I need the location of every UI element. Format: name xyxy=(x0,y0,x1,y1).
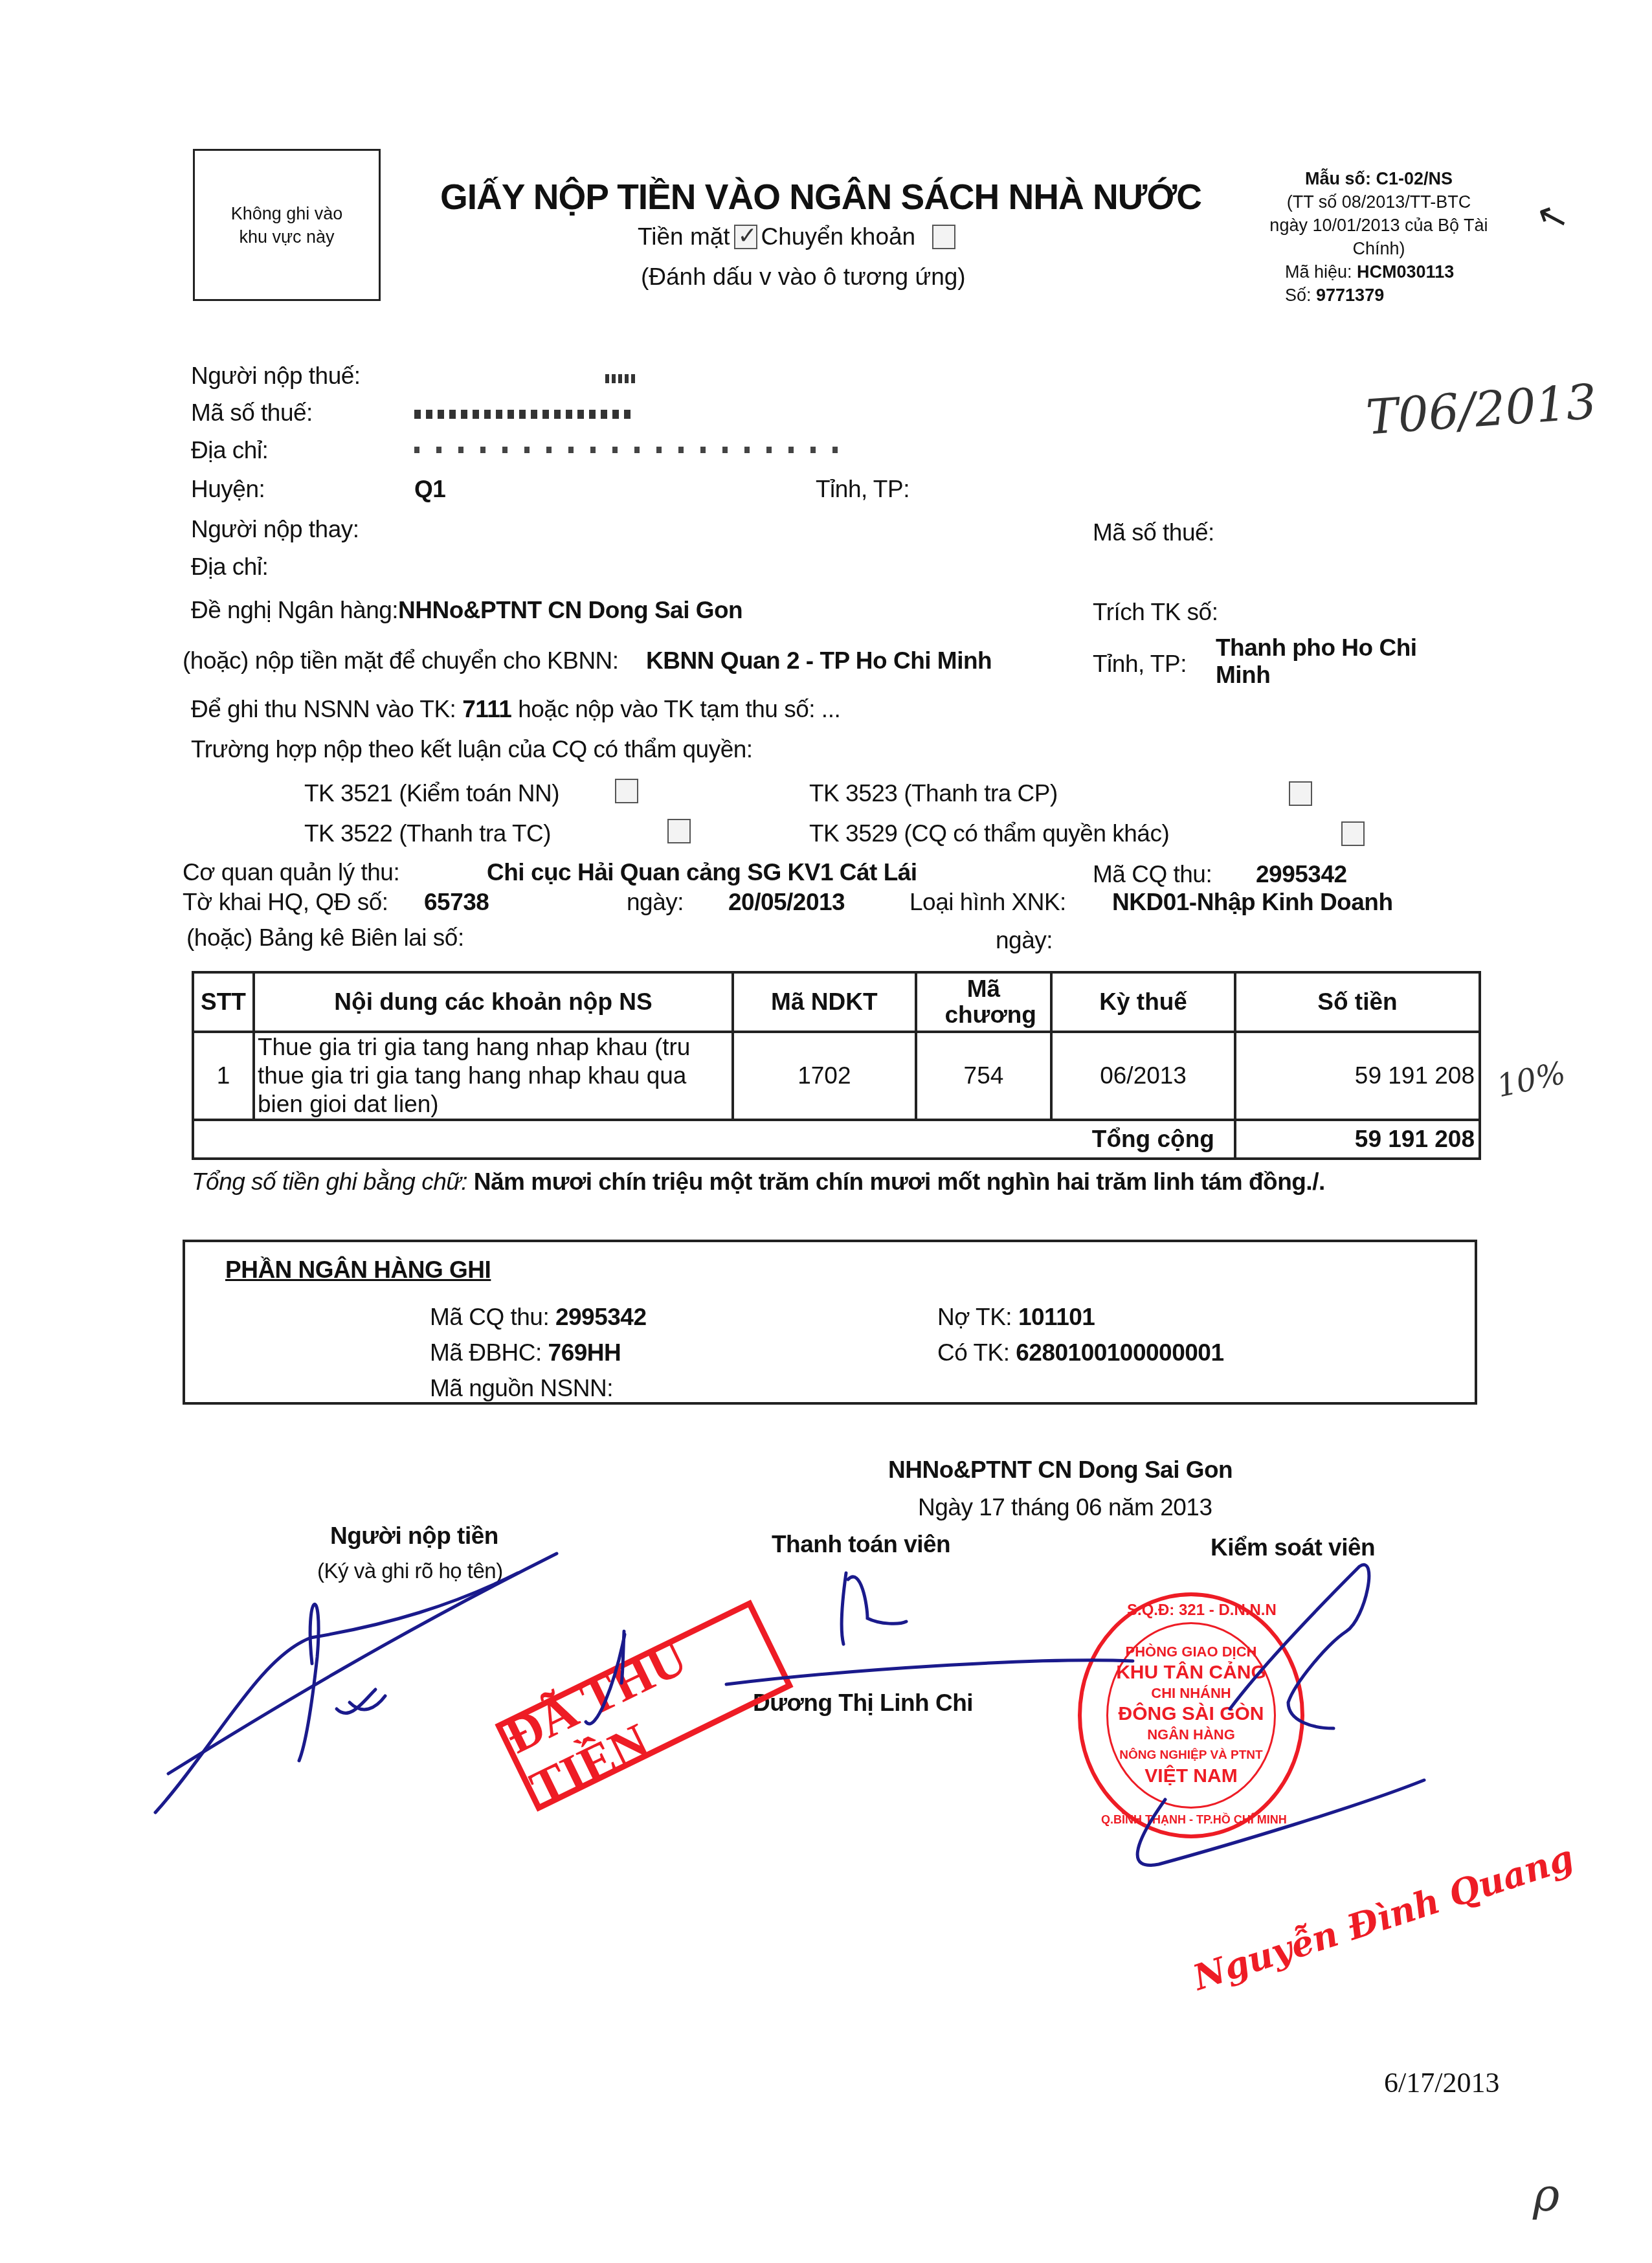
address-label: Địa chỉ: xyxy=(191,437,268,464)
admin-code-label: Mã ĐBHC: xyxy=(430,1339,542,1366)
address-redacted xyxy=(414,447,842,453)
district-label: Huyện: xyxy=(191,476,265,503)
col-amount: Số tiền xyxy=(1235,972,1480,1032)
payment-items-table: STT Nội dung các khoản nộp NS Mã NDKT Mã… xyxy=(192,971,1481,1160)
code-label: Mã hiệu: xyxy=(1285,262,1352,282)
nsnn-account-label: Để ghi thu NSNN vào TK: 7111 hoặc nộp và… xyxy=(191,696,840,723)
serial-label: Số: xyxy=(1285,285,1312,305)
teller-title: Thanh toán viên xyxy=(772,1531,950,1558)
receipt-date-label: ngày: xyxy=(996,927,1053,954)
authority-checkbox-3529[interactable] xyxy=(1341,821,1365,846)
receipt-label: (hoặc) Bảng kê Biên lai số: xyxy=(186,924,464,952)
form-serial: 9771379 xyxy=(1316,285,1384,305)
treasury-label: (hoặc) nộp tiền mặt để chuyển cho KBNN: xyxy=(183,647,619,674)
handwritten-period: T06/2013 xyxy=(1364,374,1598,446)
form-number-label: Mẫu số: xyxy=(1305,169,1371,188)
debit-account: Nợ TK: 101101 xyxy=(937,1304,1095,1331)
table-row: 1 Thue gia tri gia tang hang nhap khau (… xyxy=(193,1032,1480,1120)
seal-line: ĐÔNG SÀI GÒN xyxy=(1082,1704,1300,1724)
col-ndkt: Mã NDKT xyxy=(733,972,915,1032)
authority-checkbox-3522[interactable] xyxy=(667,819,691,843)
circular-ref-2: ngày 10/01/2013 của Bộ Tài xyxy=(1233,214,1524,237)
payment-cash-checkbox[interactable] xyxy=(734,225,757,249)
bank-agency-code-value: 2995342 xyxy=(555,1304,647,1330)
amount-in-words: Tổng số tiền ghi bằng chữ: Năm mươi chín… xyxy=(192,1168,1325,1196)
col-stt: STT xyxy=(193,972,254,1032)
payment-cash-label: Tiền mặt xyxy=(638,223,730,251)
circular-ref-3: Chính) xyxy=(1233,237,1524,260)
table-header-row: STT Nội dung các khoản nộp NS Mã NDKT Mã… xyxy=(193,972,1480,1032)
authority-option-3522: TK 3522 (Thanh tra TC) xyxy=(304,820,551,847)
row-amount: 59 191 208 xyxy=(1235,1032,1480,1120)
form-number: C1-02/NS xyxy=(1376,169,1453,188)
trade-type-label: Loại hình XNK: xyxy=(910,889,1066,916)
circular-ref-1: (TT số 08/2013/TT-BTC xyxy=(1233,190,1524,214)
payer-signature-title: Người nộp tiền xyxy=(330,1522,498,1550)
handwritten-tax-rate: 10% xyxy=(1493,1055,1568,1105)
authority-option-3529: TK 3529 (CQ có thẩm quyền khác) xyxy=(809,820,1169,847)
admin-code-value: 769HH xyxy=(548,1339,621,1366)
authority-case-label: Trường hợp nộp theo kết luận của CQ có t… xyxy=(191,736,753,763)
table-total-row: Tổng cộng 59 191 208 xyxy=(193,1120,1480,1159)
bank-agency-code-label: Mã CQ thu: xyxy=(430,1304,549,1330)
province-label: Tỉnh, TP: xyxy=(816,476,910,503)
form-code: HCM030113 xyxy=(1357,262,1454,282)
form-info-block: Mẫu số: C1-02/NS (TT số 08/2013/TT-BTC n… xyxy=(1233,167,1524,307)
signature-bank-name: NHNo&PTNT CN Dong Sai Gon xyxy=(888,1456,1233,1484)
source-code-label: Mã nguồn NSNN: xyxy=(430,1375,613,1402)
bank-value: NHNo&PTNT CN Dong Sai Gon xyxy=(398,597,742,624)
credit-value: 6280100100000001 xyxy=(1016,1339,1223,1366)
total-label: Tổng cộng xyxy=(1051,1120,1235,1159)
payer-on-behalf-label: Người nộp thay: xyxy=(191,516,359,543)
taxpayer-name-redacted xyxy=(605,374,636,383)
nsnn-account-value: 7111 xyxy=(462,696,511,722)
controller-title: Kiểm soát viên xyxy=(1211,1534,1375,1561)
trade-type-value: NKD01-Nhập Kinh Doanh xyxy=(1112,889,1393,916)
payer-address-label: Địa chỉ: xyxy=(191,553,268,581)
tax-code-label: Mã số thuế: xyxy=(191,399,313,427)
seal-line: NGÂN HÀNG xyxy=(1082,1724,1300,1745)
seal-outer-bottom: Q.BÌNH THẠNH - TP.HỒ CHÍ MINH xyxy=(1101,1813,1287,1827)
col-period: Kỳ thuế xyxy=(1051,972,1235,1032)
debit-label: Nợ TK: xyxy=(937,1304,1012,1330)
handwritten-initial-icon: ρ xyxy=(1533,2168,1559,2222)
reserved-area-box: Không ghi vào khu vực này xyxy=(193,149,381,301)
tax-code-redacted xyxy=(414,410,634,419)
amount-in-words-label: Tổng số tiền ghi bằng chữ: xyxy=(192,1168,467,1195)
taxpayer-name-label: Người nộp thuế: xyxy=(191,362,361,390)
admin-code: Mã ĐBHC: 769HH xyxy=(430,1339,621,1366)
total-value: 59 191 208 xyxy=(1235,1120,1480,1159)
amount-in-words-value: Năm mươi chín triệu một trăm chín mươi m… xyxy=(474,1168,1325,1195)
seal-line: VIỆT NAM xyxy=(1082,1766,1300,1787)
seal-lines: PHÒNG GIAO DỊCH KHU TÂN CẢNG CHI NHÁNH Đ… xyxy=(1082,1642,1300,1787)
payment-transfer-label: Chuyển khoản xyxy=(761,223,916,251)
corner-arrow-icon: ↖ xyxy=(1530,190,1573,243)
bank-section: PHẦN NGÂN HÀNG GHI Mã CQ thu: 2995342 Nợ… xyxy=(183,1240,1477,1405)
declaration-value: 65738 xyxy=(424,889,489,916)
payment-method-row: Tiền mặt Chuyển khoản xyxy=(638,223,955,251)
treasury-province-value: Thanh pho Ho Chi Minh xyxy=(1216,634,1449,689)
row-stt: 1 xyxy=(193,1032,254,1120)
declaration-label: Tờ khai HQ, QĐ số: xyxy=(183,889,388,916)
authority-option-3523: TK 3523 (Thanh tra CP) xyxy=(809,780,1058,807)
printed-date: 6/17/2013 xyxy=(1384,2066,1499,2099)
col-content: Nội dung các khoản nộp NS xyxy=(254,972,733,1032)
row-chapter: 754 xyxy=(916,1032,1052,1120)
agency-code-label: Mã CQ thu: xyxy=(1093,861,1212,888)
bank-agency-code: Mã CQ thu: 2995342 xyxy=(430,1304,647,1331)
payer-signature-note: (Ký và ghi rõ họ tên) xyxy=(317,1559,503,1583)
declaration-date-label: ngày: xyxy=(627,889,684,916)
agency-code-value: 2995342 xyxy=(1256,861,1347,888)
declaration-date-value: 20/05/2013 xyxy=(728,889,845,916)
credit-label: Có TK: xyxy=(937,1339,1009,1366)
col-chapter-text: Mã chương xyxy=(944,976,1022,1028)
controller-name-stamp: Nguyễn Đình Quang xyxy=(1188,1836,1578,1998)
bank-seal: S.Q.Đ: 321 - D.N.N.N PHÒNG GIAO DỊCH KHU… xyxy=(1078,1592,1304,1838)
paid-stamp: ĐÃ THU TIỀN xyxy=(495,1600,793,1812)
checkbox-instruction: (Đánh dấu v vào ô tương ứng) xyxy=(641,263,966,291)
account-label: Trích TK số: xyxy=(1093,599,1218,626)
treasury-value: KBNN Quan 2 - TP Ho Chi Minh xyxy=(646,647,992,674)
col-chapter: Mã chương xyxy=(916,972,1052,1032)
seal-line: KHU TÂN CẢNG xyxy=(1082,1662,1300,1683)
agency-value: Chi cục Hải Quan cảng SG KV1 Cát Lái xyxy=(487,859,917,886)
reserved-area-text: Không ghi vào khu vực này xyxy=(222,202,352,249)
authority-checkbox-3523[interactable] xyxy=(1289,781,1312,806)
agency-label: Cơ quan quản lý thu: xyxy=(183,859,399,886)
credit-account: Có TK: 6280100100000001 xyxy=(937,1339,1224,1366)
authority-option-3521: TK 3521 (Kiểm toán NN) xyxy=(304,780,559,807)
authority-checkbox-3521[interactable] xyxy=(615,779,638,803)
payer-tax-code-label: Mã số thuế: xyxy=(1093,519,1214,546)
seal-line: NÔNG NGHIỆP VÀ PTNT xyxy=(1082,1745,1300,1766)
row-ndkt: 1702 xyxy=(733,1032,915,1120)
bank-section-title: PHẦN NGÂN HÀNG GHI xyxy=(225,1256,491,1284)
district-value: Q1 xyxy=(414,476,445,503)
seal-line: CHI NHÁNH xyxy=(1082,1683,1300,1704)
debit-value: 101101 xyxy=(1018,1304,1095,1330)
payment-transfer-checkbox[interactable] xyxy=(932,225,955,249)
nsnn-account-label-text: Để ghi thu NSNN vào TK: xyxy=(191,696,456,722)
temp-account-label: hoặc nộp vào TK tạm thu số: ... xyxy=(518,696,840,722)
seal-line: PHÒNG GIAO DỊCH xyxy=(1082,1642,1300,1662)
document-title: GIẤY NỘP TIỀN VÀO NGÂN SÁCH NHÀ NƯỚC xyxy=(440,176,1201,217)
signature-date: Ngày 17 tháng 06 năm 2013 xyxy=(918,1494,1212,1521)
bank-label: Đề nghị Ngân hàng: xyxy=(191,597,398,624)
row-content: Thue gia tri gia tang hang nhap khau (tr… xyxy=(254,1032,733,1120)
row-period: 06/2013 xyxy=(1051,1032,1235,1120)
treasury-province-label: Tỉnh, TP: xyxy=(1093,651,1187,678)
seal-outer-top: S.Q.Đ: 321 - D.N.N.N xyxy=(1127,1601,1277,1620)
